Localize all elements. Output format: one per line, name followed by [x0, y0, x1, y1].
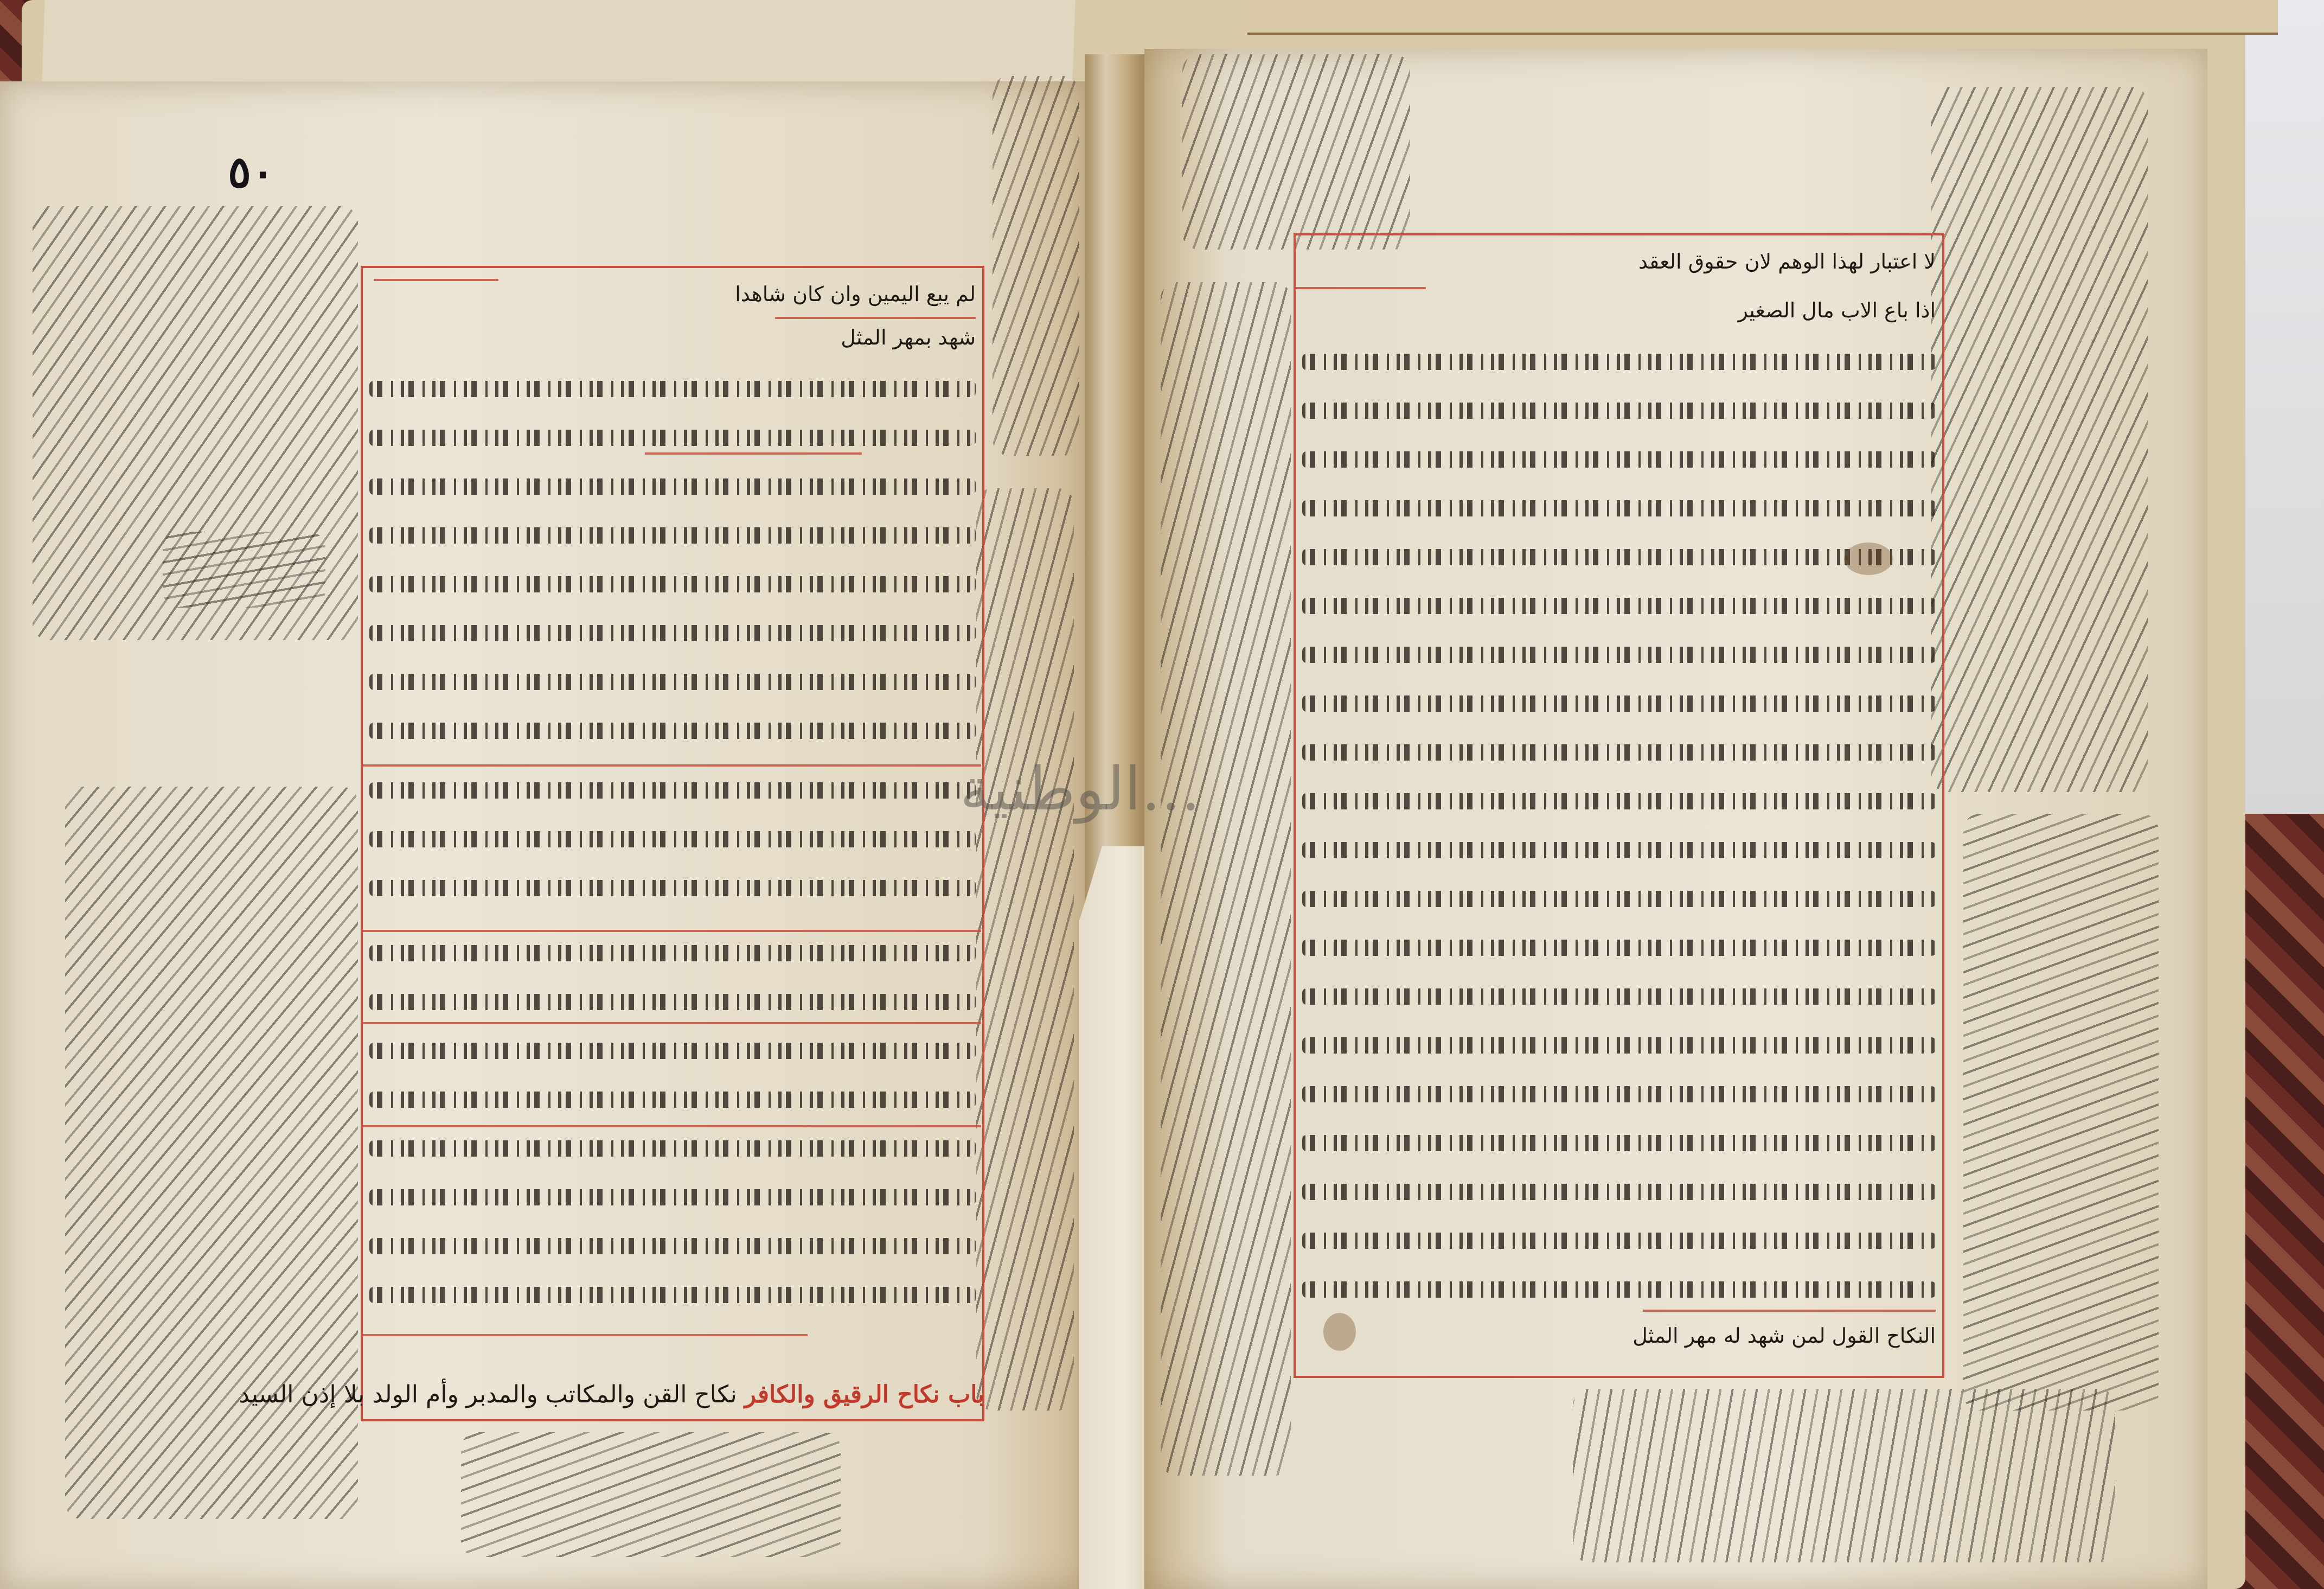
text-line — [1302, 442, 1936, 474]
margin-annotations-right-inner — [1161, 282, 1291, 1476]
margin-annotations-right-footer — [1573, 1389, 2115, 1562]
text-line — [1302, 490, 1936, 523]
margin-annotations-left-bottom — [65, 787, 358, 1519]
margin-annotations-left-footer — [461, 1432, 841, 1557]
ink-stain — [1844, 543, 1893, 575]
text-line — [1302, 1028, 1936, 1060]
margin-annotations-left-gutter — [976, 488, 1074, 1411]
text-line — [369, 469, 976, 501]
text-line — [369, 1277, 976, 1310]
second-line-start: شهد بمهر المثل — [841, 326, 976, 349]
text-line: لم يبع اليمين وان كان شاهدا — [369, 279, 976, 311]
red-overline — [645, 452, 862, 455]
text-line — [369, 1131, 976, 1163]
margin-annotations-right-top — [1182, 54, 1410, 250]
last-line-start: النكاح القول لمن شهد له مهر المثل — [1632, 1324, 1936, 1348]
text-line — [369, 518, 976, 550]
text-line — [369, 615, 976, 648]
text-line — [1302, 735, 1936, 767]
text-line — [1302, 588, 1936, 621]
text-line — [369, 773, 976, 805]
page-number: ٥٠ — [228, 146, 274, 197]
red-overline — [363, 764, 981, 767]
text-line — [1302, 393, 1936, 425]
underlying-leaf-right — [1247, 0, 2278, 35]
text-line: النكاح القول لمن شهد له مهر المثل — [1302, 1320, 1936, 1353]
first-line-start: لا اعتبار لهذا الوهم لان حقوق العقد — [1638, 250, 1936, 273]
red-overline — [1296, 287, 1426, 289]
text-line — [369, 984, 976, 1017]
red-overline — [775, 317, 976, 319]
text-line — [369, 1082, 976, 1114]
text-line — [1302, 1125, 1936, 1158]
text-line — [369, 1228, 976, 1261]
ink-stain — [1323, 1313, 1356, 1351]
text-line — [1302, 783, 1936, 816]
margin-note-left-short — [163, 532, 325, 608]
text-line — [369, 664, 976, 697]
first-line-start: لم يبع اليمين وان كان شاهدا — [735, 282, 976, 306]
chapter-heading-line: باب نكاح الرقيق والكافر نكاح القن والمكا… — [380, 1381, 984, 1424]
text-line — [369, 713, 976, 745]
text-line — [1302, 1174, 1936, 1207]
red-overline — [363, 930, 981, 932]
watermark: …الوطنية — [960, 754, 1201, 824]
text-line — [369, 935, 976, 968]
chapter-heading: باب نكاح الرقيق والكافر — [745, 1381, 984, 1408]
text-line: اذا باع الاب مال الصغير — [1302, 295, 1936, 328]
red-overline — [1643, 1310, 1936, 1312]
text-line — [369, 821, 976, 854]
text-line — [1302, 637, 1936, 669]
red-overline — [363, 1334, 808, 1336]
text-line — [1302, 539, 1936, 572]
text-line — [369, 870, 976, 903]
left-text-frame: لم يبع اليمين وان كان شاهدا شهد بمهر الم… — [361, 266, 984, 1421]
text-line — [1302, 344, 1936, 376]
text-line — [1302, 930, 1936, 962]
second-line-start: اذا باع الاب مال الصغير — [1738, 298, 1936, 322]
text-line — [1302, 1076, 1936, 1109]
red-overline — [363, 1022, 981, 1024]
text-line — [1302, 979, 1936, 1011]
text-line — [369, 420, 976, 452]
text-line: لا اعتبار لهذا الوهم لان حقوق العقد — [1302, 246, 1936, 279]
text-line — [1302, 832, 1936, 865]
text-line — [1302, 1272, 1936, 1304]
text-line — [369, 566, 976, 599]
text-line — [369, 1179, 976, 1212]
text-line: شهد بمهر المثل — [369, 322, 976, 355]
text-line — [369, 1033, 976, 1065]
red-overline — [363, 1125, 981, 1127]
chapter-heading-continuation: نكاح القن والمكاتب والمدبر وأم الولد بلا… — [239, 1381, 737, 1408]
margin-annotations-right-outer-top — [1931, 87, 2148, 792]
right-text-frame: لا اعتبار لهذا الوهم لان حقوق العقد اذا … — [1294, 233, 1944, 1378]
text-line — [1302, 1223, 1936, 1255]
margin-annotations-right-outer-bottom — [1963, 814, 2159, 1411]
underlying-leaf-left — [42, 0, 1075, 84]
text-line — [1302, 881, 1936, 914]
text-line — [1302, 686, 1936, 718]
margin-annotations-left-gutter-top — [993, 76, 1079, 456]
text-line — [369, 371, 976, 404]
